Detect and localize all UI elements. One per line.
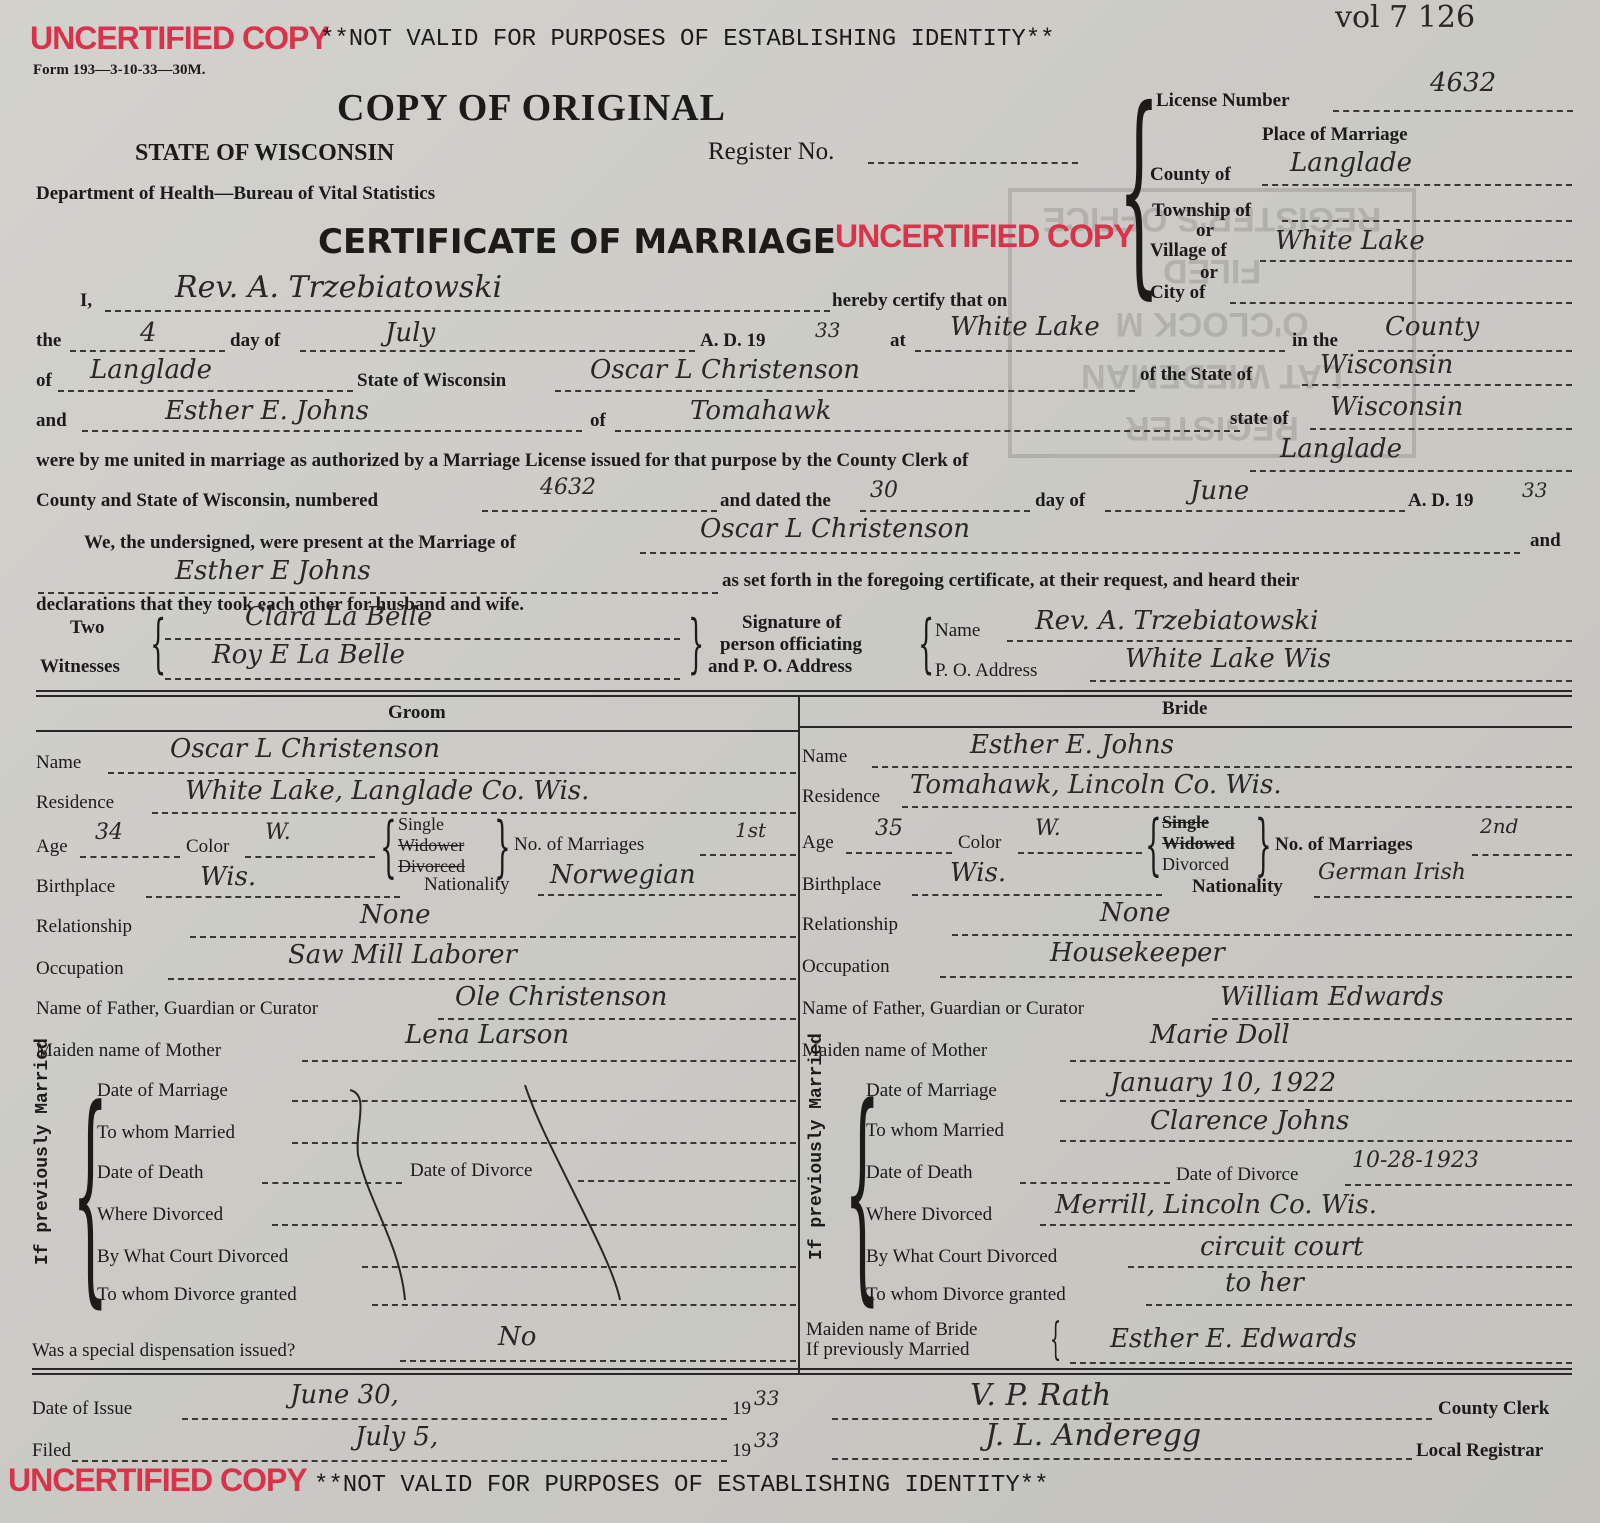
bride-prev-court: circuit court [1200,1232,1363,1262]
local-registrar-signature: J. L. Anderegg [985,1418,1201,1453]
register-field [868,162,1078,164]
bride-residence-line [902,806,1572,808]
bride-prev-granted-line [1146,1304,1572,1306]
groom-residence-label: Residence [36,792,114,814]
bride-nationality-label: Nationality [1192,876,1283,898]
bride-birthplace: Wis. [950,858,1006,888]
groom-father-label: Name of Father, Guardian or Curator [36,998,318,1020]
bride-age: 35 [875,816,903,841]
groom-prev-date-label: Date of Marriage [97,1080,228,1102]
in-the-value: County [1385,312,1479,342]
bride-nationality-line [1314,896,1572,898]
day-of-label: day of [230,330,280,352]
groom-age-line [80,856,180,858]
groom-age-label: Age [36,836,68,858]
place-heading: Place of Marriage [1262,124,1408,146]
bride-birthplace-line [912,894,1162,896]
county-of-line [1262,184,1572,186]
dispensation-label: Was a special dispensation issued? [32,1340,295,1362]
bride-prev-court-label: By What Court Divorced [866,1246,1057,1268]
status-single: Single [1162,812,1235,833]
groom-status-brace-right: } [494,814,511,880]
state-of-wisconsin-label: State of Wisconsin [357,370,506,392]
bride-prev-divorce-date-line [1345,1184,1572,1186]
witness-2-line [165,678,680,680]
groom-name: Oscar L Christenson [170,734,440,764]
column-divider [798,697,800,1375]
dated-year-value: 33 [1522,478,1547,502]
uncertified-stamp-mid: UNCERTIFIED COPY [835,218,1134,255]
groom-residence-line [152,812,796,814]
page-title: COPY OF ORIGINAL [337,86,726,130]
po-address-label: P. O. Address [935,660,1037,682]
month-value: July [385,318,435,348]
po-address-value: White Lake Wis [1125,644,1331,674]
witness-intro: We, the undersigned, were present at the… [84,532,516,554]
status-divorced: Divorced [1162,854,1235,875]
bride-color: W. [1035,816,1061,841]
signature-label-3: and P. O. Address [708,656,852,678]
or-label-1: or [1196,220,1214,242]
ad-label-2: A. D. 19 [1408,490,1473,512]
county-of-value: Langlade [1290,148,1412,178]
groom-age: 34 [95,820,123,845]
license-number-value: 4632 [1430,68,1496,98]
bride-name-line [82,430,582,432]
two-label: Two [70,617,104,639]
divider [32,1368,1572,1370]
bride-mother-label: Maiden name of Mother [802,1040,987,1062]
signature-brace: { [918,612,934,676]
day-value: 4 [140,318,157,348]
witness-brace-left: { [150,612,166,676]
of-label: of [36,370,52,392]
groom-heading: Groom [388,702,446,724]
groom-occupation-label: Occupation [36,958,124,980]
bride-prev-divorce-date: 10-28-1923 [1352,1148,1479,1173]
groom-mother-label: Maiden name of Mother [36,1040,221,1062]
witness-bride-name: Esther E Johns [175,556,371,586]
bride-mother: Marie Doll [1150,1020,1290,1050]
status-widower: Widower [398,835,465,856]
bride-status-brace: { [1145,812,1162,878]
groom-nationality-label: Nationality [424,874,509,896]
bride-residence: Tomahawk, Lincoln Co. Wis. [910,770,1282,800]
and-label: and [36,410,67,432]
groom-name-value: Oscar L Christenson [590,355,860,385]
witnesses-label: Witnesses [40,656,120,678]
groom-name-line [108,772,796,774]
county-clerk-signature: V. P. Rath [970,1378,1111,1413]
groom-birthplace-line [146,896,400,898]
dated-day-value: 30 [870,478,898,503]
groom-prev-heading-text: If previously Married [33,1038,53,1265]
uncertified-stamp-bottom: UNCERTIFIED COPY [8,1462,307,1499]
ad-label: A. D. 19 [700,330,765,352]
bride-name-line [872,766,1572,768]
signature-label-1: Signature of [742,612,841,634]
bride-prev-where-line [1040,1224,1572,1226]
groom-color-line [245,856,375,858]
bride-color-label: Color [958,832,1001,854]
village-value: White Lake [1275,226,1425,256]
in-the-label: in the [1292,330,1338,352]
officiant-name-value: Rev. A. Trzebiatowski [1035,606,1319,636]
groom-birthplace: Wis. [200,862,256,892]
officiant-line [105,310,830,312]
bride-name: Esther E. Johns [970,730,1174,760]
of-line [58,390,353,392]
of-value: Langlade [90,355,212,385]
groom-relationship-label: Relationship [36,916,132,938]
officiant-name-label: Name [935,620,980,642]
volume-note: vol 7 126 [1335,0,1475,35]
bride-prev-whom: Clarence Johns [1150,1106,1349,1136]
groom-relationship-line [190,936,796,938]
bride-relationship-label: Relationship [802,914,898,936]
groom-prev-brace: { [72,1080,109,1310]
at-line [915,350,1285,352]
divider [32,1373,1572,1375]
witness-brace-right: } [688,612,704,676]
witness-1-value: Clara La Belle [245,602,432,632]
license-num-value: 4632 [540,475,596,500]
day-of-label-2: day of [1035,490,1085,512]
bride-prev-date-line [1060,1100,1572,1102]
day-line [70,350,225,352]
divider [36,730,798,732]
hereby-certify-label: hereby certify that on [832,290,1007,312]
groom-color-label: Color [186,836,229,858]
issue-year-prefix: 19 [732,1398,751,1420]
witness-groom-line [640,552,1520,554]
of-label-2: of [590,410,606,432]
bride-town-line [615,430,1240,432]
bride-occupation-line [940,976,1572,978]
i-label: I, [80,290,92,312]
bride-prev-court-line [1128,1266,1572,1268]
officiant-value: Rev. A. Trzebiatowski [175,270,502,305]
state-heading: STATE OF WISCONSIN [135,140,394,167]
groom-status-brace: { [380,814,397,880]
bride-status-brace-right: } [1255,812,1272,878]
at-value: White Lake [950,312,1100,342]
groom-birthplace-label: Birthplace [36,876,115,898]
village-line [1260,260,1572,262]
bride-mother-line [1070,1060,1572,1062]
bride-prev-whom-line [1060,1140,1572,1142]
dispensation-value: No [498,1322,536,1352]
groom-color: W. [265,820,291,845]
county-of-label: County of [1150,164,1231,186]
bride-maiden-line [1070,1362,1572,1364]
bride-marriages-line [1472,854,1572,856]
bride-maiden-label-2: If previously Married [806,1340,977,1360]
groom-marriages: 1st [735,818,766,842]
county-clerk-label: County Clerk [1438,1398,1549,1420]
month-line [300,350,695,352]
bride-prev-married-label: If previously Married [808,1033,826,1260]
groom-name-label: Name [36,752,81,774]
bride-town-value: Tomahawk [690,396,831,426]
date-of-issue-value: June 30, [290,1380,399,1410]
register-label: Register No. [708,138,834,166]
bride-birthplace-label: Birthplace [802,874,881,896]
bride-residence-label: Residence [802,786,880,808]
dated-day-line [860,510,1030,512]
clerk-county-value: Langlade [1280,434,1402,464]
city-line [1230,302,1572,304]
bride-maiden-brace: { [1050,1318,1061,1362]
bride-prev-where: Merrill, Lincoln Co. Wis. [1055,1190,1377,1220]
filed-year-prefix: 19 [732,1440,751,1462]
officiant-name-line [1007,640,1572,642]
witness-and-label: and [1530,530,1561,552]
bride-prev-brace: { [844,1078,881,1308]
state-of-label: state of [1230,408,1289,430]
filed-year: 33 [754,1428,779,1452]
dispensation-line [400,1360,796,1362]
groom-name-line [555,390,1135,392]
groom-prev-granted-label: To whom Divorce granted [97,1284,297,1306]
united-text: were by me united in marriage as authori… [36,450,968,472]
bride-maiden-name: Esther E. Edwards [1110,1324,1357,1354]
groom-marriages-line [700,854,796,856]
bride-marriages-label: No. of Marriages [1275,834,1413,856]
year-value: 33 [815,318,840,342]
groom-prev-death-label: Date of Death [97,1162,204,1184]
witness-groom-name: Oscar L Christenson [700,514,970,544]
date-of-issue-line [182,1418,727,1420]
filed-value: July 5, [355,1422,438,1452]
license-num-line [482,510,717,512]
or-label-2: or [1200,262,1218,284]
at-label: at [890,330,906,352]
groom-residence: White Lake, Langlade Co. Wis. [185,776,589,806]
bride-name-value: Esther E. Johns [165,396,369,426]
bride-prev-granted-label: To whom Divorce granted [866,1284,1066,1306]
groom-status-options: Single Widower Divorced [398,814,465,877]
set-forth-text: as set forth in the foregoing certificat… [722,570,1299,592]
county-state-text: County and State of Wisconsin, numbered [36,490,378,512]
signature-label-2: person officiating [720,634,862,656]
bride-age-label: Age [802,832,834,854]
bride-nationality: German Irish [1318,860,1466,885]
city-label: City of [1150,282,1205,304]
dated-month-line [1105,510,1405,512]
marriage-certificate: REGISTER LAT WIEDEMAN O'CLOCK M FILED RE… [0,0,1600,1523]
bride-color-line [1018,852,1142,854]
bride-marriages: 2nd [1480,814,1518,838]
bride-prev-divorce-date-label: Date of Divorce [1176,1164,1298,1186]
bride-maiden-label: Maiden name of Bride If previously Marri… [806,1320,977,1360]
groom-mother: Lena Larson [405,1020,569,1050]
bride-relationship: None [1100,898,1171,928]
dated-month-value: June [1190,476,1249,506]
groom-nationality: Norwegian [550,860,696,890]
uncertified-stamp-top: UNCERTIFIED COPY [30,20,329,57]
witness-2-value: Roy E La Belle [212,640,405,670]
bride-prev-death-label: Date of Death [866,1162,973,1184]
groom-state-value: Wisconsin [1320,350,1453,380]
department-label: Department of Health—Bureau of Vital Sta… [36,183,435,205]
bride-father: William Edwards [1220,982,1444,1012]
groom-marriages-label: No. of Marriages [514,834,644,856]
license-number-line [1333,110,1573,112]
status-widowed: Widowed [1162,833,1235,854]
groom-prev-where-label: Where Divorced [97,1204,223,1226]
groom-nationality-line [538,894,796,896]
groom-prev-married-label: If previously Married [34,1038,52,1265]
bride-state-value: Wisconsin [1330,392,1463,422]
groom-state-line [1302,384,1572,386]
date-of-issue-label: Date of Issue [32,1398,132,1420]
form-number: Form 193—3-10-33—30M. [33,62,205,79]
not-valid-notice-top: **NOT VALID FOR PURPOSES OF ESTABLISHING… [320,26,1055,53]
bride-age-line [846,852,952,854]
divider [36,695,1572,697]
of-the-state-label: of the State of [1140,364,1252,386]
groom-relationship: None [360,900,431,930]
groom-prev-court-label: By What Court Divorced [97,1246,288,1268]
township-line [1282,220,1572,222]
bride-prev-date: January 10, 1922 [1110,1068,1336,1098]
bride-status-options: Single Widowed Divorced [1162,812,1235,875]
groom-occupation: Saw Mill Laborer [288,940,517,970]
bride-prev-whom-label: To whom Married [866,1120,1004,1142]
dated-label: and dated the [720,490,831,512]
certificate-title: CERTIFICATE OF MARRIAGE [318,222,836,262]
township-label: Township of [1152,200,1251,222]
bride-occupation: Housekeeper [1050,938,1225,968]
local-registrar-label: Local Registrar [1416,1440,1543,1462]
bride-prev-death-line [1020,1182,1170,1184]
license-number-label: License Number [1156,90,1290,112]
issue-year: 33 [754,1386,779,1410]
not-valid-notice-bottom: **NOT VALID FOR PURPOSES OF ESTABLISHING… [314,1472,1049,1499]
bride-father-label: Name of Father, Guardian or Curator [802,998,1084,1020]
bride-prev-heading-text: If previously Married [807,1033,827,1260]
bride-name-label: Name [802,746,847,768]
bride-occupation-label: Occupation [802,956,890,978]
groom-father: Ole Christenson [455,982,667,1012]
village-label: Village of [1150,240,1227,262]
bride-prev-where-label: Where Divorced [866,1204,992,1226]
bride-prev-date-label: Date of Marriage [866,1080,997,1102]
filed-label: Filed [32,1440,71,1462]
bride-state-line [1310,428,1572,430]
bride-relationship-line [952,934,1572,936]
bride-maiden-label-1: Maiden name of Bride [806,1320,977,1340]
the-label: the [36,330,61,352]
groom-occupation-line [168,978,796,980]
bride-heading: Bride [1162,698,1207,720]
clerk-county-line [1250,470,1572,472]
local-registrar-line [832,1458,1412,1460]
po-address-line [1090,680,1572,682]
status-single: Single [398,814,465,835]
strike-through-marks [330,1085,650,1315]
place-brace: { [1118,80,1160,300]
divider [800,726,1572,728]
bride-prev-granted: to her [1225,1268,1304,1298]
groom-mother-line [302,1060,796,1062]
divider [36,690,1572,692]
groom-prev-whom-label: To whom Married [97,1122,235,1144]
